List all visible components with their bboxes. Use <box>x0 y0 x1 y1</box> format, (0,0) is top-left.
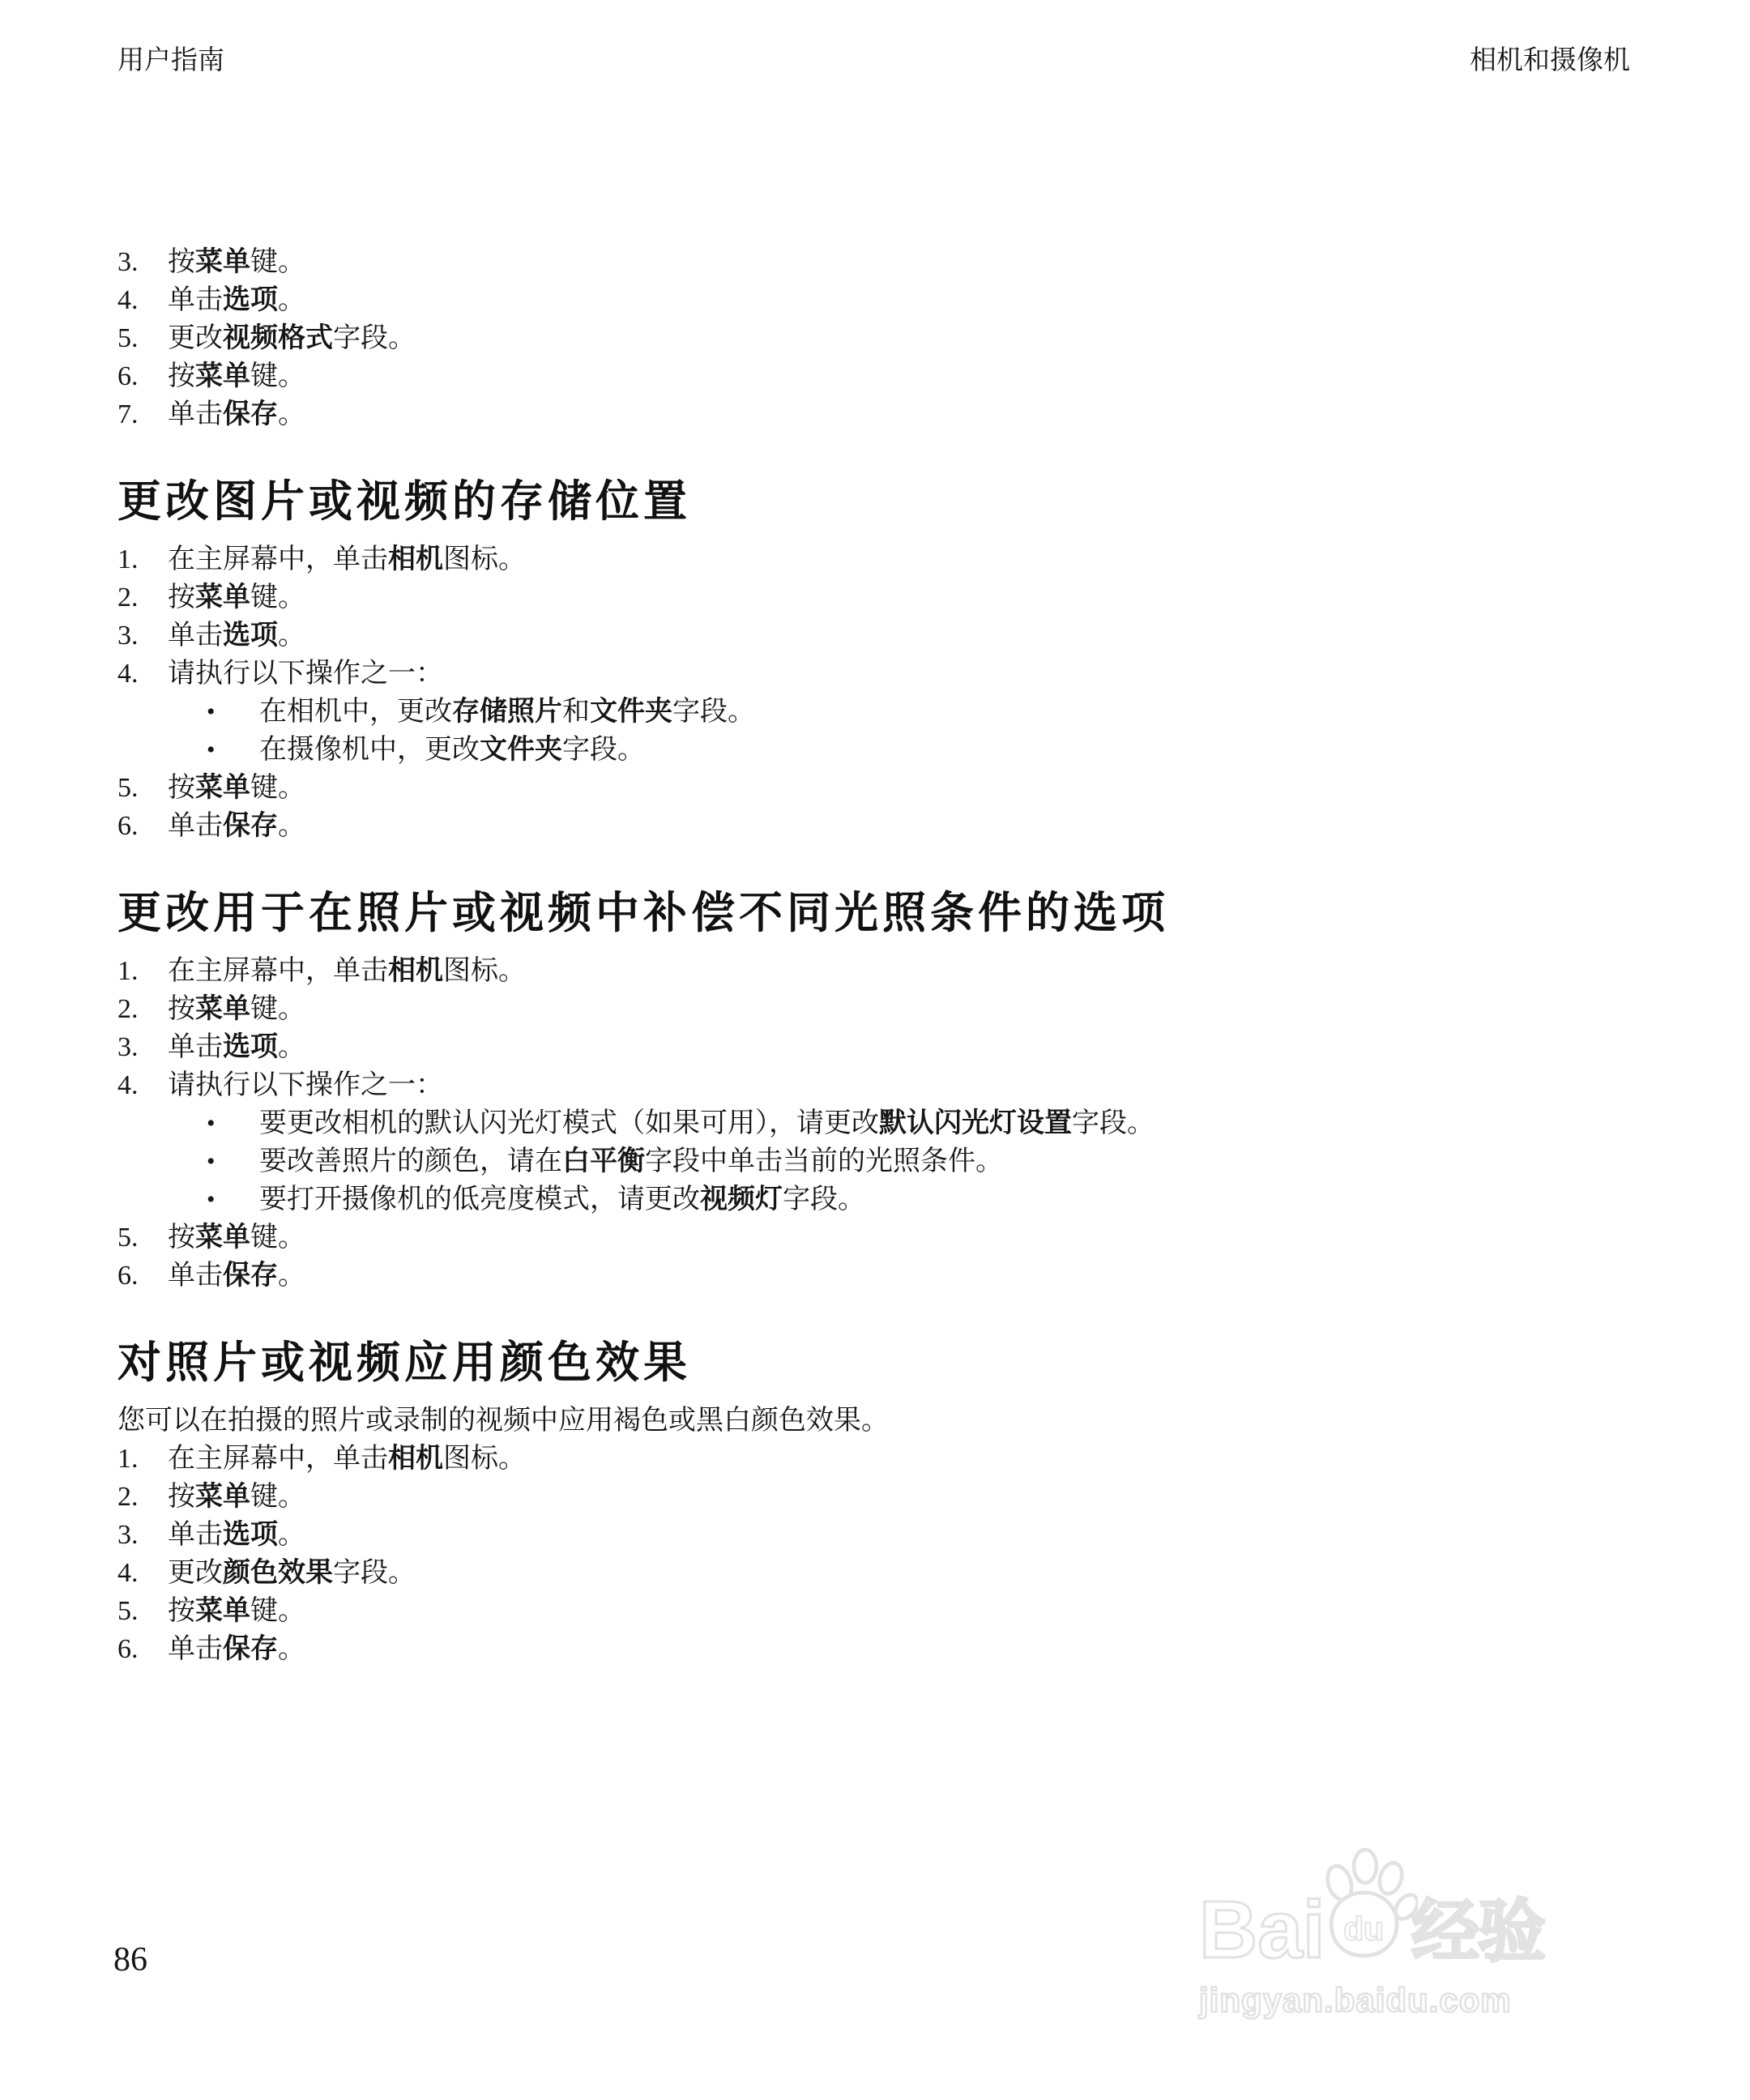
baidu-paw-icon: du <box>1312 1847 1418 1969</box>
step-number: 3. <box>117 1028 168 1066</box>
bullet-marker: • <box>207 1180 259 1219</box>
step-number: 1. <box>117 952 168 990</box>
numbered-step: 5.更改视频格式字段。 <box>117 319 1641 357</box>
numbered-step: 2.按菜单键。 <box>117 578 1641 617</box>
step-text: 按菜单键。 <box>168 578 1641 617</box>
step-number: 6. <box>117 1257 168 1295</box>
numbered-step: 4.单击选项。 <box>117 281 1641 319</box>
numbered-step: 4.请执行以下操作之一： <box>117 1066 1641 1104</box>
step-text: 在主屏幕中，单击相机图标。 <box>168 952 1641 990</box>
step-number: 1. <box>117 1440 168 1478</box>
step-text: 单击保存。 <box>168 1257 1641 1295</box>
numbered-step: 2.按菜单键。 <box>117 990 1641 1028</box>
numbered-step: 3.单击选项。 <box>117 617 1641 655</box>
section-heading: 更改用于在照片或视频中补偿不同光照条件的选项 <box>117 890 1641 937</box>
step-text: 在主屏幕中，单击相机图标。 <box>168 1440 1641 1478</box>
steps-list: 1.在主屏幕中，单击相机图标。2.按菜单键。3.单击选项。4.请执行以下操作之一… <box>117 540 1641 845</box>
baidu-paw-du-text: du <box>1343 1910 1384 1947</box>
step-number: 4. <box>117 281 168 319</box>
step-number: 4. <box>117 1066 168 1104</box>
section-lighting-options: 更改用于在照片或视频中补偿不同光照条件的选项 1.在主屏幕中，单击相机图标。2.… <box>117 890 1641 1295</box>
numbered-step: 3.单击选项。 <box>117 1028 1641 1066</box>
numbered-step: 2.按菜单键。 <box>117 1478 1641 1516</box>
step-text: 按菜单键。 <box>168 243 1641 281</box>
step-text: 要更改相机的默认闪光灯模式（如果可用），请更改默认闪光灯设置字段。 <box>259 1104 1641 1142</box>
numbered-step: 3.按菜单键。 <box>117 243 1641 281</box>
numbered-step: 6.单击保存。 <box>117 807 1641 845</box>
numbered-step: 6.按菜单键。 <box>117 357 1641 395</box>
step-text: 单击选项。 <box>168 281 1641 319</box>
step-text: 单击选项。 <box>168 1516 1641 1554</box>
step-text: 单击保存。 <box>168 395 1641 433</box>
step-number: 3. <box>117 243 168 281</box>
baidu-jingyan-watermark: Bai du 经验 jingyan.baidu.com <box>1191 1847 1564 2050</box>
steps-list: 您可以在拍摄的照片或录制的视频中应用褐色或黑白颜色效果。1.在主屏幕中，单击相机… <box>117 1402 1641 1668</box>
numbered-step: 5.按菜单键。 <box>117 769 1641 807</box>
step-text: 您可以在拍摄的照片或录制的视频中应用褐色或黑白颜色效果。 <box>117 1402 1641 1440</box>
bullet-marker: • <box>207 1142 259 1180</box>
page-header: 用户指南 相机和摄像机 <box>117 45 1630 77</box>
step-text: 单击保存。 <box>168 807 1641 845</box>
numbered-step: 1.在主屏幕中，单击相机图标。 <box>117 952 1641 990</box>
intro-paragraph: 您可以在拍摄的照片或录制的视频中应用褐色或黑白颜色效果。 <box>117 1402 1641 1440</box>
numbered-step: 1.在主屏幕中，单击相机图标。 <box>117 1440 1641 1478</box>
numbered-step: 6.单击保存。 <box>117 1257 1641 1295</box>
step-text: 单击保存。 <box>168 1630 1641 1668</box>
step-text: 按菜单键。 <box>168 990 1641 1028</box>
numbered-step: 4.请执行以下操作之一： <box>117 655 1641 693</box>
step-text: 更改视频格式字段。 <box>168 319 1641 357</box>
step-number: 3. <box>117 617 168 655</box>
numbered-step: 1.在主屏幕中，单击相机图标。 <box>117 540 1641 578</box>
step-text: 请执行以下操作之一： <box>168 655 1641 693</box>
step-text: 按菜单键。 <box>168 769 1641 807</box>
numbered-step: 7.单击保存。 <box>117 395 1641 433</box>
step-number: 2. <box>117 990 168 1028</box>
step-number: 4. <box>117 1554 168 1592</box>
step-text: 单击选项。 <box>168 1028 1641 1066</box>
step-number: 3. <box>117 1516 168 1554</box>
header-left-title: 用户指南 <box>117 45 224 77</box>
numbered-step: 4.更改颜色效果字段。 <box>117 1554 1641 1592</box>
baidu-logo-cn: 经验 <box>1411 1897 1544 1966</box>
step-number: 5. <box>117 1219 168 1257</box>
page-number: 86 <box>113 1941 147 1978</box>
page-content: 3.按菜单键。4.单击选项。5.更改视频格式字段。6.按菜单键。7.单击保存。 … <box>117 243 1641 1668</box>
bullet-marker: • <box>207 731 259 769</box>
step-number: 6. <box>117 1630 168 1668</box>
section-heading: 更改图片或视频的存储位置 <box>117 478 1641 525</box>
header-right-title: 相机和摄像机 <box>1470 45 1630 77</box>
section-color-effect: 对照片或视频应用颜色效果 您可以在拍摄的照片或录制的视频中应用褐色或黑白颜色效果… <box>117 1339 1641 1668</box>
step-text: 按菜单键。 <box>168 357 1641 395</box>
step-number: 6. <box>117 357 168 395</box>
step-number: 4. <box>117 655 168 693</box>
step-number: 5. <box>117 769 168 807</box>
step-number: 7. <box>117 395 168 433</box>
watermark-url: jingyan.baidu.com <box>1199 1983 1512 2017</box>
step-text: 按菜单键。 <box>168 1592 1641 1630</box>
step-text: 按菜单键。 <box>168 1478 1641 1516</box>
section-storage-location: 更改图片或视频的存储位置 1.在主屏幕中，单击相机图标。2.按菜单键。3.单击选… <box>117 478 1641 845</box>
numbered-step: 5.按菜单键。 <box>117 1592 1641 1630</box>
step-text: 在主屏幕中，单击相机图标。 <box>168 540 1641 578</box>
bullet-item: •在相机中，更改存储照片和文件夹字段。 <box>117 693 1641 731</box>
step-number: 6. <box>117 807 168 845</box>
step-number: 2. <box>117 1478 168 1516</box>
step-text: 按菜单键。 <box>168 1219 1641 1257</box>
step-number: 1. <box>117 540 168 578</box>
step-text: 单击选项。 <box>168 617 1641 655</box>
step-text: 请执行以下操作之一： <box>168 1066 1641 1104</box>
numbered-step: 3.单击选项。 <box>117 1516 1641 1554</box>
bullet-item: •要改善照片的颜色，请在白平衡字段中单击当前的光照条件。 <box>117 1142 1641 1180</box>
step-number: 5. <box>117 1592 168 1630</box>
step-text: 在相机中，更改存储照片和文件夹字段。 <box>259 693 1641 731</box>
bullet-item: •在摄像机中，更改文件夹字段。 <box>117 731 1641 769</box>
step-text: 更改颜色效果字段。 <box>168 1554 1641 1592</box>
step-number: 5. <box>117 319 168 357</box>
step-text: 要改善照片的颜色，请在白平衡字段中单击当前的光照条件。 <box>259 1142 1641 1180</box>
bullet-item: •要打开摄像机的低亮度模式，请更改视频灯字段。 <box>117 1180 1641 1219</box>
bullet-marker: • <box>207 693 259 731</box>
bullet-item: •要更改相机的默认闪光灯模式（如果可用），请更改默认闪光灯设置字段。 <box>117 1104 1641 1142</box>
numbered-step: 6.单击保存。 <box>117 1630 1641 1668</box>
steps-list: 1.在主屏幕中，单击相机图标。2.按菜单键。3.单击选项。4.请执行以下操作之一… <box>117 952 1641 1295</box>
bullet-marker: • <box>207 1104 259 1142</box>
document-page: 用户指南 相机和摄像机 3.按菜单键。4.单击选项。5.更改视频格式字段。6.按… <box>0 0 1750 2100</box>
step-text: 要打开摄像机的低亮度模式，请更改视频灯字段。 <box>259 1180 1641 1219</box>
baidu-logo-text: Bai <box>1199 1889 1325 1970</box>
numbered-step: 5.按菜单键。 <box>117 1219 1641 1257</box>
section-heading: 对照片或视频应用颜色效果 <box>117 1339 1641 1386</box>
step-number: 2. <box>117 578 168 617</box>
step-text: 在摄像机中，更改文件夹字段。 <box>259 731 1641 769</box>
continued-steps-list: 3.按菜单键。4.单击选项。5.更改视频格式字段。6.按菜单键。7.单击保存。 <box>117 243 1641 433</box>
